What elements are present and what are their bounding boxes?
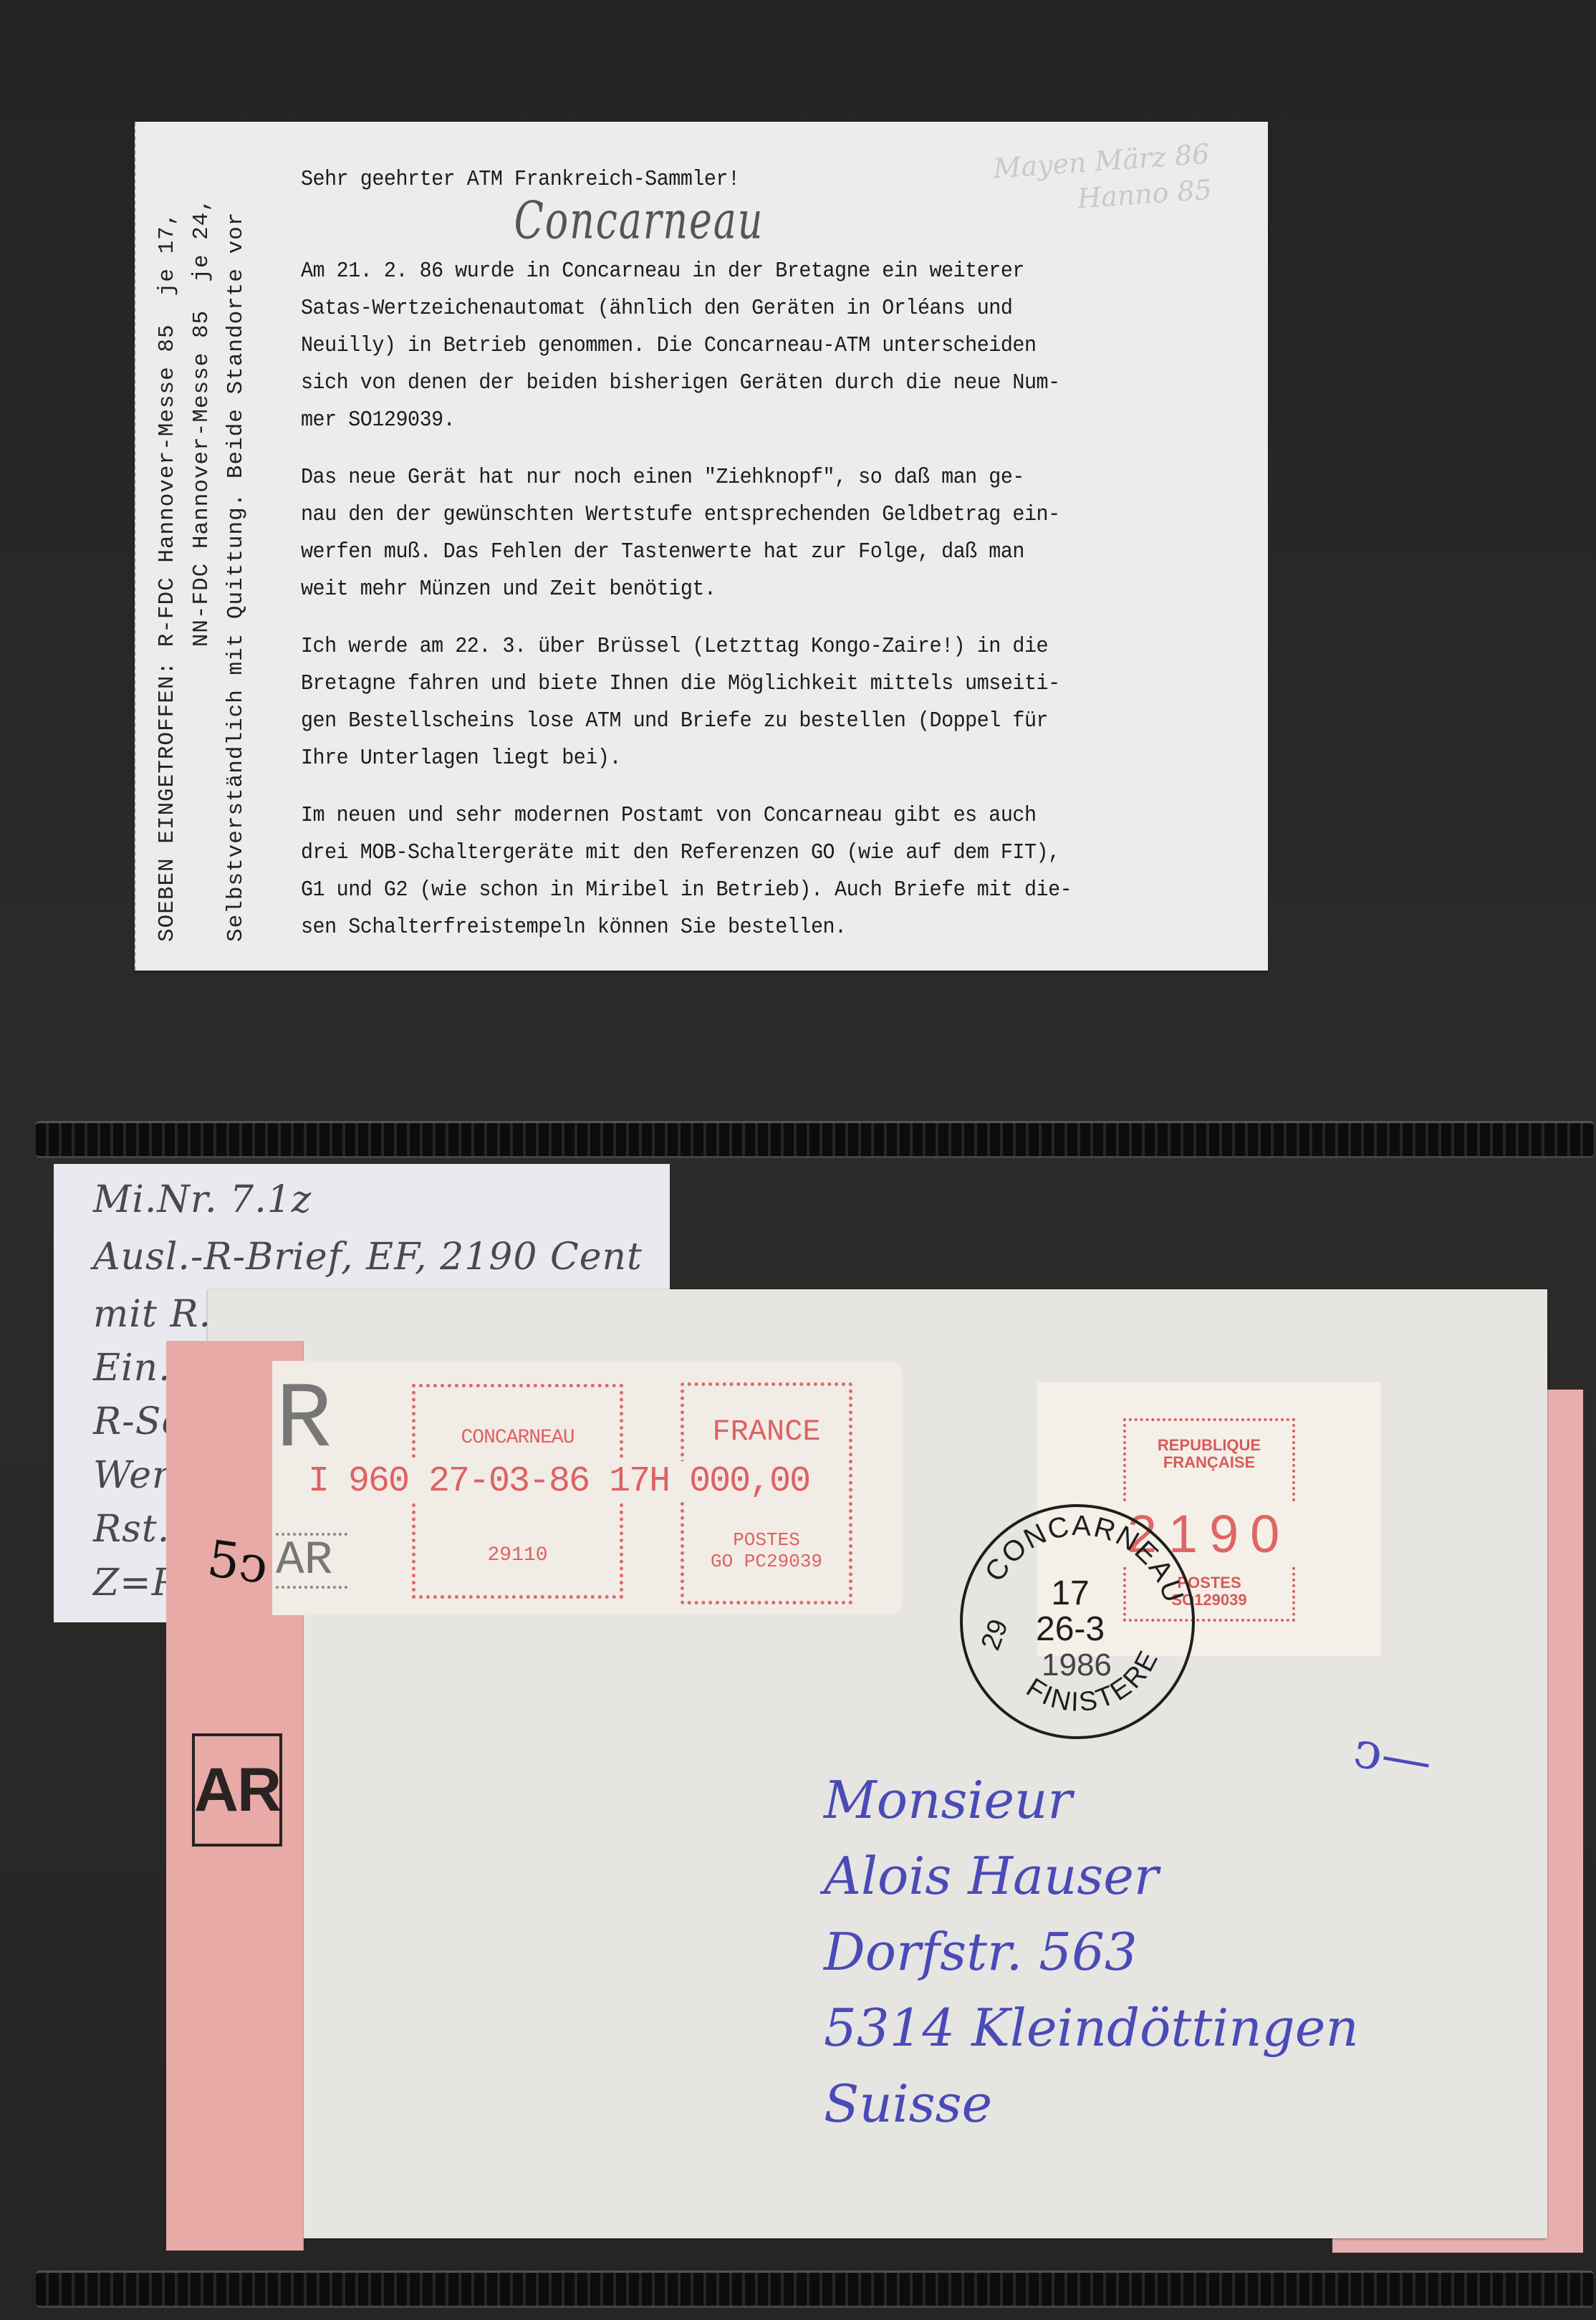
meter-dateline: I 960 27-03-86 17H 000,00	[308, 1461, 809, 1502]
pocket-strip-middle	[36, 1121, 1594, 1158]
collector-letter: SOEBEN EINGETROFFEN: R-FDC Hannover-Mess…	[135, 122, 1268, 971]
recipient-address: Monsieur Alois Hauser Dorfstr. 563 5314 …	[824, 1762, 1359, 2142]
meter-postes: POSTES GO PC29039	[684, 1529, 849, 1572]
atm-country-line-1: REPUBLIQUE	[1126, 1437, 1292, 1454]
meter-city: CONCARNEAU	[415, 1427, 620, 1449]
meter-machine-number: GO PC29039	[684, 1551, 849, 1572]
address-line: Monsieur	[824, 1762, 1359, 1838]
address-line: Dorfstr. 563	[824, 1914, 1359, 1990]
letter-paragraph: Ich werde am 22. 3. über Brüssel (Letztt…	[301, 628, 1187, 777]
notecard-line: Ausl.-R-Brief, EF, 2190 Cent	[93, 1236, 643, 1279]
side-notice-line-2: NN-FDC Hannover-Messe 85 je 24,	[189, 198, 214, 942]
atm-country-line-2: FRANÇAISE	[1126, 1454, 1292, 1471]
pocket-strip-bottom	[36, 2271, 1594, 2308]
meter-label: R AR CONCARNEAU 29110 FRANCE POSTES GO P…	[272, 1361, 903, 1615]
meter-country: FRANCE	[684, 1415, 849, 1449]
cancel-postmark: CONCARNEAU FINISTERE 29 17 26-3 1986	[960, 1504, 1195, 1739]
letter-paragraph: Am 21. 2. 86 wurde in Concarneau in der …	[301, 253, 1187, 439]
postmark-year: 1986	[1042, 1647, 1112, 1683]
ar-imprint: AR	[276, 1533, 347, 1589]
ar-label: AR	[192, 1733, 282, 1847]
meter-zip: 29110	[415, 1544, 620, 1566]
letter-paragraph: Im neuen und sehr modernen Postamt von C…	[301, 797, 1187, 946]
side-notice: SOEBEN EINGETROFFEN: R-FDC Hannover-Mess…	[150, 198, 254, 942]
postmark-hour: 17	[1036, 1576, 1105, 1612]
letter-body: Sehr geehrter ATM Frankreich-Sammler! Co…	[301, 161, 1187, 966]
address-line: 5314 Kleindöttingen	[824, 1990, 1359, 2066]
handwritten-title: Concarneau	[514, 197, 1187, 254]
postmark-date: 26-3	[1036, 1612, 1105, 1647]
postmark-dept-number: 29	[976, 1615, 1014, 1654]
notecard-line: Mi.Nr. 7.1z	[93, 1178, 312, 1221]
strip-scribble: 5ↄ	[204, 1529, 271, 1596]
letter-paragraph: Das neue Gerät hat nur noch einen "Ziehk…	[301, 459, 1187, 608]
postmark-time: 17 26-3	[1036, 1576, 1105, 1647]
meter-postes-label: POSTES	[684, 1529, 849, 1551]
side-notice-line-3: Selbstverständlich mit Quittung. Beide S…	[223, 212, 249, 942]
atm-country: REPUBLIQUE FRANÇAISE	[1126, 1437, 1292, 1471]
side-notice-line-1: SOEBEN EINGETROFFEN: R-FDC Hannover-Mess…	[155, 212, 180, 942]
address-line: Suisse	[824, 2066, 1359, 2142]
address-line: Alois Hauser	[824, 1838, 1359, 1914]
registration-letter: R	[276, 1375, 332, 1468]
